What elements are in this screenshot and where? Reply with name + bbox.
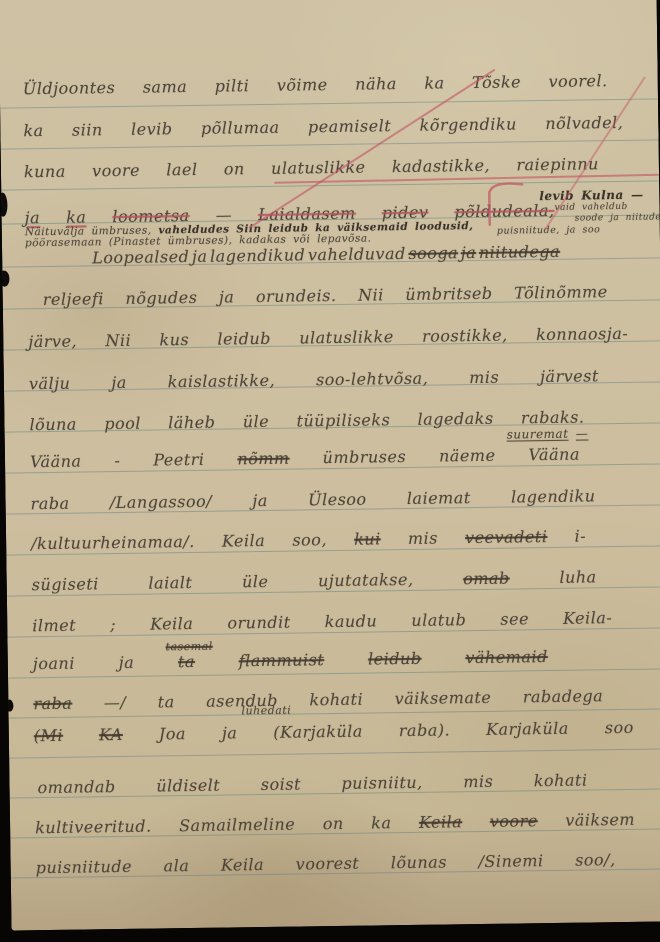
word: siin [72,120,103,139]
word: soo [582,224,600,235]
word: KA [99,725,123,744]
word: Peetri [153,450,204,470]
word: — [216,205,233,224]
word: kadakas [239,234,286,247]
word: pidev [382,203,429,223]
red-bracket-mark [482,179,527,228]
word: kus [159,330,189,349]
word: reljeefi [43,289,104,309]
word: laialt [148,573,192,593]
word: ja [566,225,576,236]
word: Vääna [30,452,82,472]
word: pilti [215,76,250,95]
word: (Pinastet [109,235,161,248]
word: Üldjoontes [23,78,116,98]
manuscript-line: levib Kulna — [539,188,643,203]
manuscript-line: Vääna-PeetrinõmmümbrusesnäemeVääna [30,445,580,472]
word: /Sinemi [478,851,543,871]
word: kaislastikke, [168,371,276,391]
word: Nii [105,331,131,350]
word: ja [610,213,619,223]
word: loometsa [112,206,189,226]
word: mis [408,529,438,548]
word: järve, [28,332,77,352]
word: üle [243,412,270,431]
word: /Langassoo/ [110,492,212,512]
word: kaudu [325,611,378,631]
word: — [631,188,644,202]
word: soo-lehtvõsa, [316,369,428,390]
word: voorel. [548,71,607,91]
word: kohati [309,690,363,710]
word: Loopealsed [92,247,189,267]
word: /kultuurheinamaa/. [31,532,195,553]
word: lagendikud [210,245,306,265]
word: Kulna [581,188,624,203]
word: on [224,159,245,178]
word: joani [33,654,75,674]
word: raba). [399,720,451,740]
manuscript-line: lühedati [241,704,291,718]
word: raba [30,494,69,514]
word: orundit [227,613,290,633]
word: ja [222,723,238,742]
word: mis [469,368,499,387]
word: loodusid, [415,220,474,233]
word: vaheldub [582,202,628,213]
word: Tõske [472,72,521,92]
word: pool [104,414,141,434]
word: kohati [534,770,588,790]
scan-background: { "document": { "kind": "scanned handwri… [0,0,660,942]
word: omab [463,569,510,589]
word: puisniitu, [341,773,422,793]
word: sama [143,77,188,97]
word: rabaks. [521,408,585,428]
word: vahelduvad [308,244,406,264]
word: soist [261,774,301,794]
word: võime [277,75,328,95]
word: Karjaküla [486,719,569,739]
word: niitudega, [626,212,660,223]
word: näha [355,74,397,94]
word: ka [371,813,391,832]
word: vähemaid [465,647,548,667]
ruled-line [1,139,659,149]
manuscript-line: sügisetilaialtüleujutatakse,omabluha [32,567,597,594]
word: ujutatakse, [318,570,414,590]
word: lagendiku [511,486,596,506]
word: lühedati [241,704,291,718]
word: flammuist [239,650,325,670]
word: ta [178,652,195,671]
manuscript-line: raba/Langassoo/jaÜlesoolaiematlagendiku [30,486,595,513]
word: kultiveeritud. [35,817,152,838]
word: voore [92,161,140,181]
word: kadastikke, [392,156,490,176]
word: tüüpiliseks [296,410,390,430]
word: soo [605,718,634,737]
word: üldiselt [156,776,220,796]
manuscript-line: puisniitudealaKeilavoorestlõunas/Sinemis… [36,850,616,877]
word: ka [424,73,444,92]
word: väiksem [565,810,635,830]
word: (Mi [34,726,64,745]
manuscript-line: /kultuurheinamaa/.Keilasoo,kuimisveevade… [31,526,586,553]
word: suuremat [507,427,569,442]
word: ja [119,653,135,672]
manuscript-line: (MiKAJoaja(Karjakülaraba).Karjakülasoo [34,718,634,745]
manuscript-line: raba—/taasendubkohativäiksematerabadega [33,686,603,713]
word: voorest [296,854,360,874]
word: või [293,233,310,245]
word: ka [23,121,43,140]
word: - [114,451,120,470]
word: niitudega [479,242,561,262]
word: ala [163,856,189,875]
manuscript-line: omandabüldiseltsoistpuisniitu,miskohati [37,770,587,797]
word: soo, [292,530,327,549]
word: leidub [368,649,422,669]
binding-hole-mark [0,193,8,217]
manuscript-line: kasiinlevibpõllumaapeamiseltkõrgendikunõ… [23,113,623,140]
word: Keila [222,531,266,551]
binding-hole-mark [0,271,10,287]
word: veevadeti [465,527,548,547]
word: ja [111,373,127,392]
word: i- [574,526,586,545]
manuscript-line: suuremat — [507,426,589,441]
word: ilmet [32,616,76,636]
word: on [323,814,344,833]
word: näeme [439,446,496,466]
ruled-line [0,98,658,108]
word: lael [166,160,198,179]
word: nõmm [237,449,290,469]
word: ja [24,208,40,227]
manuscript-line: reljeefinõgudesjaorundeis.NiiümbritsebTõ… [43,282,608,309]
word: väiksemate [395,688,492,708]
word: Keila- [563,608,612,628]
word: ta [158,692,175,711]
word: —/ [104,693,127,712]
word: Keila [150,614,194,634]
word: Keila [221,855,265,875]
word: laiemat [407,488,471,508]
word: ümbritseb [405,284,493,304]
paper: ÜldjoontessamapiltivõimenähakaTõskevoore… [0,0,660,931]
word: pöörasemaan [25,236,102,249]
word: — [576,426,589,440]
word: omandab [37,777,115,797]
word: puisniitude [36,857,133,877]
word: peamiselt [308,116,392,136]
word: läheb [168,413,215,433]
word: Vääna [528,445,580,465]
manuscript-line: ÜldjoontessamapiltivõimenähakaTõskevoore… [23,71,608,98]
word: voore [490,811,538,831]
word: soode [575,213,604,223]
word: rabadega [523,686,604,706]
word: välju [29,374,71,394]
word: sügiseti [32,574,99,594]
word: ümbruses [322,447,406,467]
word: kõrgendiku [419,114,517,134]
word: soo/, [575,850,616,870]
word: kui [354,529,381,548]
word: nõlvadel, [545,113,623,133]
ruled-line [9,748,660,758]
word: Tõlinõmme [514,282,608,302]
word: Keila [419,812,463,832]
manuscript-line: soode ja niitudega, [575,212,660,223]
word: ; [110,615,116,634]
manuscript-line: joanijataflammuistleidubvähemaid [33,647,548,673]
word: kuna [24,162,66,182]
word: Samailmeline [179,815,295,836]
manuscript-line: vaid vaheldub [554,202,627,213]
word: nõgudes [125,288,197,308]
manuscript-line: ilmet;KeilaorunditkauduulatubseeKeila- [32,608,612,635]
word: see [500,609,529,628]
word: luha [559,567,597,587]
word: põllumaa [201,118,280,138]
manuscript-line: väljujakaislastikke,soo-lehtvõsa,misjärv… [29,366,599,393]
word: lõunas [391,852,447,872]
word: lepavõsa. [317,232,371,245]
word: sooga [408,243,458,263]
word: lagedaks [417,409,493,429]
word: raba [33,694,72,714]
word: orundeis. [256,286,337,306]
word: ka [66,207,86,226]
word: ja [219,287,235,306]
word: leidub [217,329,271,349]
word: Joa [159,724,186,743]
word: konnaosja- [536,324,628,344]
word: ja [252,491,268,510]
word: ja [461,243,477,262]
word: mis [463,772,493,791]
word: Ülesoo [308,490,367,510]
word: lõuna [29,415,77,435]
word: levib [131,119,173,139]
word: ulatub [411,610,466,630]
manuscript-line: lõunapoollähebületüüpilisekslagedaksraba… [29,408,584,435]
word: ümbruses), [168,234,233,247]
binding-hole-mark [5,700,13,712]
word: ulatuslikke [299,327,394,347]
manuscript-line: järve,Niikusleidubulatuslikkeroostikke,k… [28,324,628,351]
word: (Karjaküla [273,722,363,742]
word: ja [192,247,208,266]
word: Nii [358,285,384,304]
word: roostikke, [422,326,508,346]
word: üle [242,572,269,591]
word: järvest [540,366,599,386]
